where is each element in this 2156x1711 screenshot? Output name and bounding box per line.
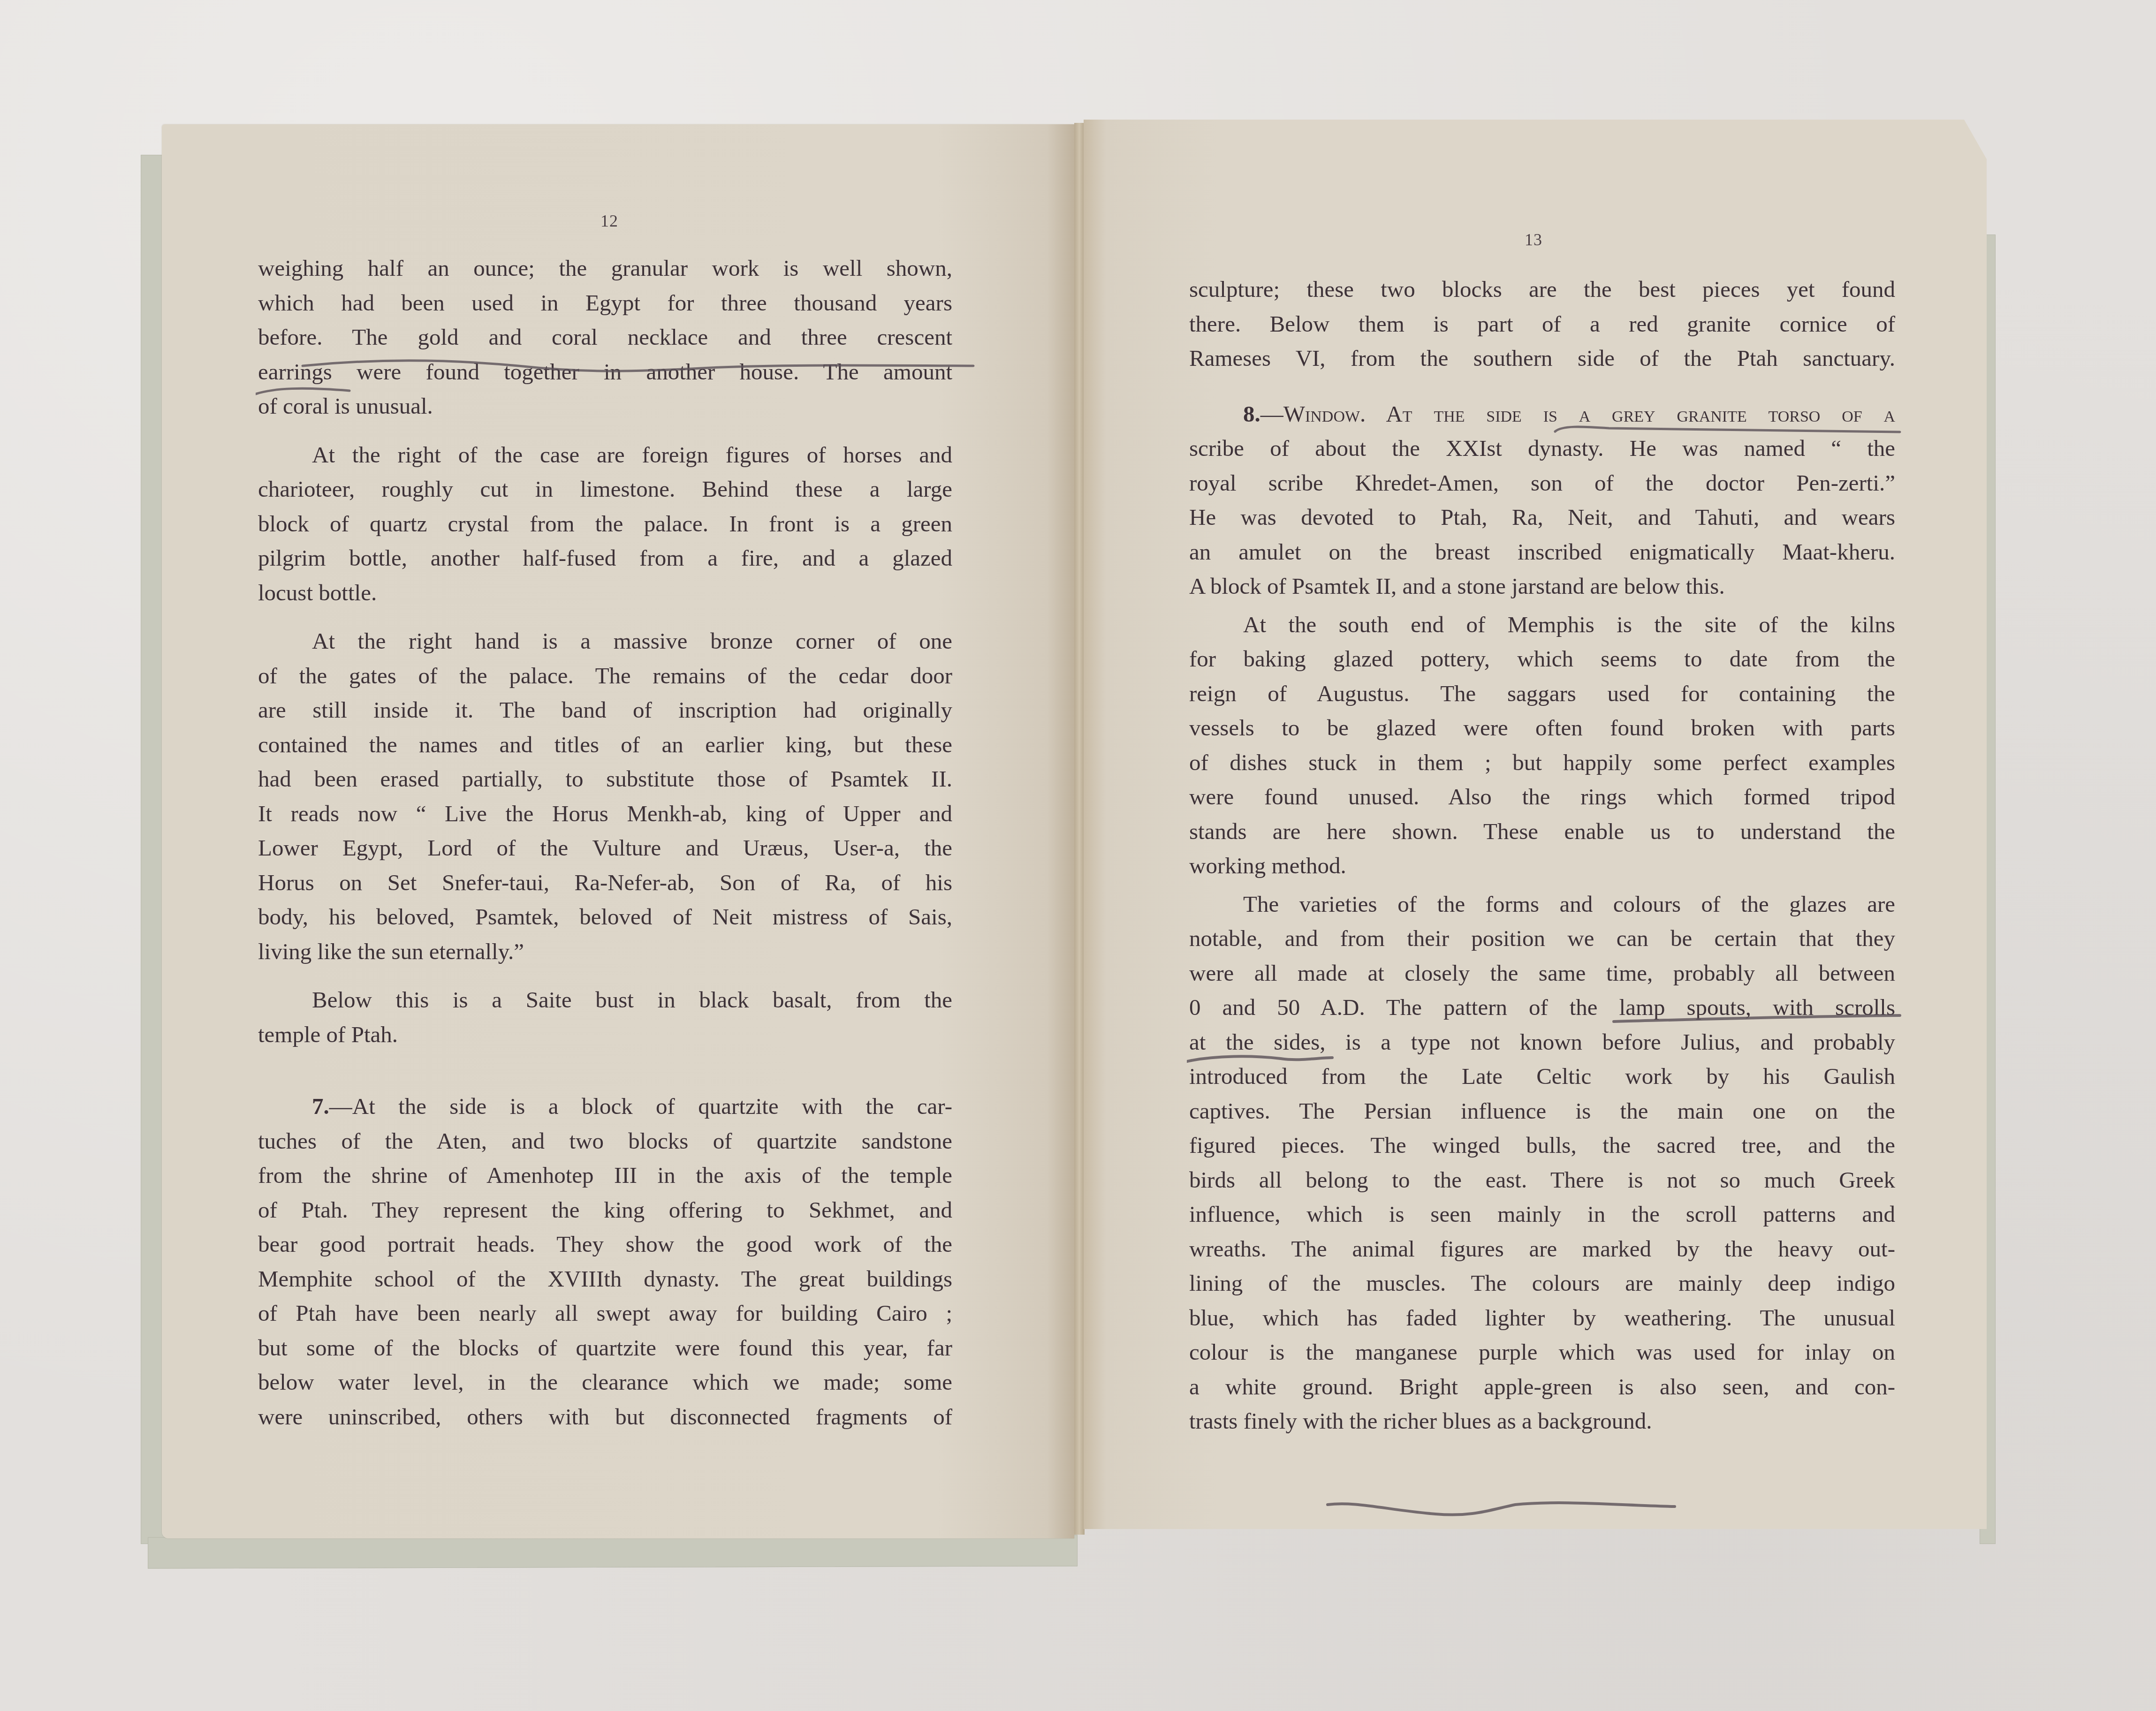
paragraph: The varieties of the forms and colours o…: [1189, 887, 1895, 1438]
text-line: block of quartz crystal from the palace.…: [258, 507, 952, 541]
text-line: 7.—At the side is a block of quartzite w…: [258, 1089, 952, 1124]
text-line: of coral is unusual.: [258, 389, 952, 424]
paragraph: sculpture; these two blocks are the best…: [1189, 272, 1895, 376]
text-line: It reads now “ Live the Horus Menkh-ab, …: [258, 796, 952, 831]
text-line: for baking glazed pottery, which seems t…: [1189, 642, 1895, 676]
text-line: of dishes stuck in them ; but happily so…: [1189, 745, 1895, 780]
text-line: birds all belong to the east. There is n…: [1189, 1163, 1895, 1197]
text-line: had been erased partially, to substitute…: [258, 762, 952, 796]
text-line: below water level, in the clearance whic…: [258, 1365, 952, 1400]
left-page: 12 weighing half an ounce; the granular …: [162, 124, 1074, 1538]
text-line: reign of Augustus. The saggars used for …: [1189, 676, 1895, 711]
text-line: A block of Psamtek II, and a stone jarst…: [1189, 569, 1895, 604]
text-line: a white ground. Bright apple-green is al…: [1189, 1370, 1895, 1404]
text-line: from the shrine of Amenhotep III in the …: [258, 1158, 952, 1193]
text-line: contained the names and titles of an ear…: [258, 727, 952, 762]
text-line: captives. The Persian influence is the m…: [1189, 1094, 1895, 1128]
text-line: were found unused. Also the rings which …: [1189, 780, 1895, 814]
text-line: temple of Ptah.: [258, 1017, 952, 1052]
paragraph: At the south end of Memphis is the site …: [1189, 607, 1895, 883]
page-number-left: 12: [600, 211, 618, 231]
text-line: Horus on Set Snefer-taui, Ra-Nefer-ab, S…: [258, 865, 952, 900]
section-7: 7.—At the side is a block of quartzite w…: [258, 1089, 952, 1434]
text-line: At the right of the case are foreign fig…: [258, 438, 952, 472]
text-line: stands are here shown. These enable us t…: [1189, 814, 1895, 849]
page-number-right: 13: [1525, 230, 1542, 250]
text-line: charioteer, roughly cut in limestone. Be…: [258, 472, 952, 507]
section-number: 8.: [1243, 401, 1260, 427]
text-line: colour is the manganese purple which was…: [1189, 1335, 1895, 1370]
text-line: trasts finely with the richer blues as a…: [1189, 1404, 1895, 1438]
text-line: are still inside it. The band of inscrip…: [258, 693, 952, 727]
text-line: scribe of about the XXIst dynasty. He wa…: [1189, 431, 1895, 466]
right-page-text: sculpture; these two blocks are the best…: [1189, 272, 1895, 1438]
text-line: Below this is a Saite bust in black basa…: [258, 983, 952, 1017]
paragraph: At the right hand is a massive bronze co…: [258, 624, 952, 969]
text-line: notable, and from their position we can …: [1189, 921, 1895, 956]
text-line: vessels to be glazed were often found br…: [1189, 711, 1895, 745]
text-line: of the gates of the palace. The remains …: [258, 659, 952, 693]
section-8: 8.—Window. At the side is a grey granite…: [1189, 397, 1895, 604]
text-line: influence, which is seen mainly in the s…: [1189, 1197, 1895, 1232]
text-line: At the right hand is a massive bronze co…: [258, 624, 952, 659]
section-number: 7.: [312, 1093, 329, 1119]
text-line: weighing half an ounce; the granular wor…: [258, 251, 952, 286]
paragraph: Below this is a Saite bust in black basa…: [258, 983, 952, 1052]
text-line: but some of the blocks of quartzite were…: [258, 1331, 952, 1365]
text-line: figured pieces. The winged bulls, the sa…: [1189, 1128, 1895, 1163]
text-line: Memphite school of the XVIIIth dynasty. …: [258, 1262, 952, 1296]
text-line: of Ptah have been nearly all swept away …: [258, 1296, 952, 1331]
text-line: 8.—Window. At the side is a grey granite…: [1189, 397, 1895, 432]
text-line: tuches of the Aten, and two blocks of qu…: [258, 1124, 952, 1158]
text-line: of Ptah. They represent the king offerin…: [258, 1193, 952, 1227]
text-line: blue, which has faded lighter by weather…: [1189, 1301, 1895, 1335]
text-line: lining of the muscles. The colours are m…: [1189, 1266, 1895, 1301]
text-line: 0 and 50 A.D. The pattern of the lamp sp…: [1189, 990, 1895, 1025]
text-line: bear good portrait heads. They show the …: [258, 1227, 952, 1262]
text-line: He was devoted to Ptah, Ra, Neit, and Ta…: [1189, 500, 1895, 535]
text-line: body, his beloved, Psamtek, beloved of N…: [258, 900, 952, 934]
text-line: introduced from the Late Celtic work by …: [1189, 1059, 1895, 1094]
text-segment: —Window. At the side is a grey granite t…: [1260, 401, 1895, 427]
left-page-text: weighing half an ounce; the granular wor…: [258, 251, 952, 1434]
text-line: were uninscribed, others with but discon…: [258, 1400, 952, 1434]
text-line: before. The gold and coral necklace and …: [258, 320, 952, 355]
text-line: there. Below them is part of a red grani…: [1189, 307, 1895, 341]
text-line: working method.: [1189, 848, 1895, 883]
text-line: Rameses VI, from the southern side of th…: [1189, 341, 1895, 376]
text-line: sculpture; these two blocks are the best…: [1189, 272, 1895, 307]
text-segment: —At the side is a block of quartzite wit…: [329, 1093, 952, 1119]
text-line: earrings were found together in another …: [258, 355, 952, 389]
book-gutter: [1074, 123, 1085, 1535]
text-line: an amulet on the breast inscribed enigma…: [1189, 535, 1895, 569]
text-line: royal scribe Khredet-Amen, son of the do…: [1189, 466, 1895, 500]
text-line: were all made at closely the same time, …: [1189, 956, 1895, 991]
paragraph: At the right of the case are foreign fig…: [258, 438, 952, 610]
text-line: pilgrim bottle, another half-fused from …: [258, 541, 952, 575]
text-line: which had been used in Egypt for three t…: [258, 286, 952, 320]
text-line: The varieties of the forms and colours o…: [1189, 887, 1895, 922]
text-line: living like the sun eternally.”: [258, 934, 952, 969]
text-line: At the south end of Memphis is the site …: [1189, 607, 1895, 642]
right-page: 13 sculpture; these two blocks are the b…: [1084, 120, 1987, 1529]
text-line: wreaths. The animal figures are marked b…: [1189, 1232, 1895, 1266]
text-line: at the sides, is a type not known before…: [1189, 1025, 1895, 1060]
paragraph: weighing half an ounce; the granular wor…: [258, 251, 952, 424]
text-line: locust bottle.: [258, 575, 952, 610]
cover-edge-bottom: [148, 1535, 1078, 1568]
text-line: Lower Egypt, Lord of the Vulture and Uræ…: [258, 831, 952, 865]
